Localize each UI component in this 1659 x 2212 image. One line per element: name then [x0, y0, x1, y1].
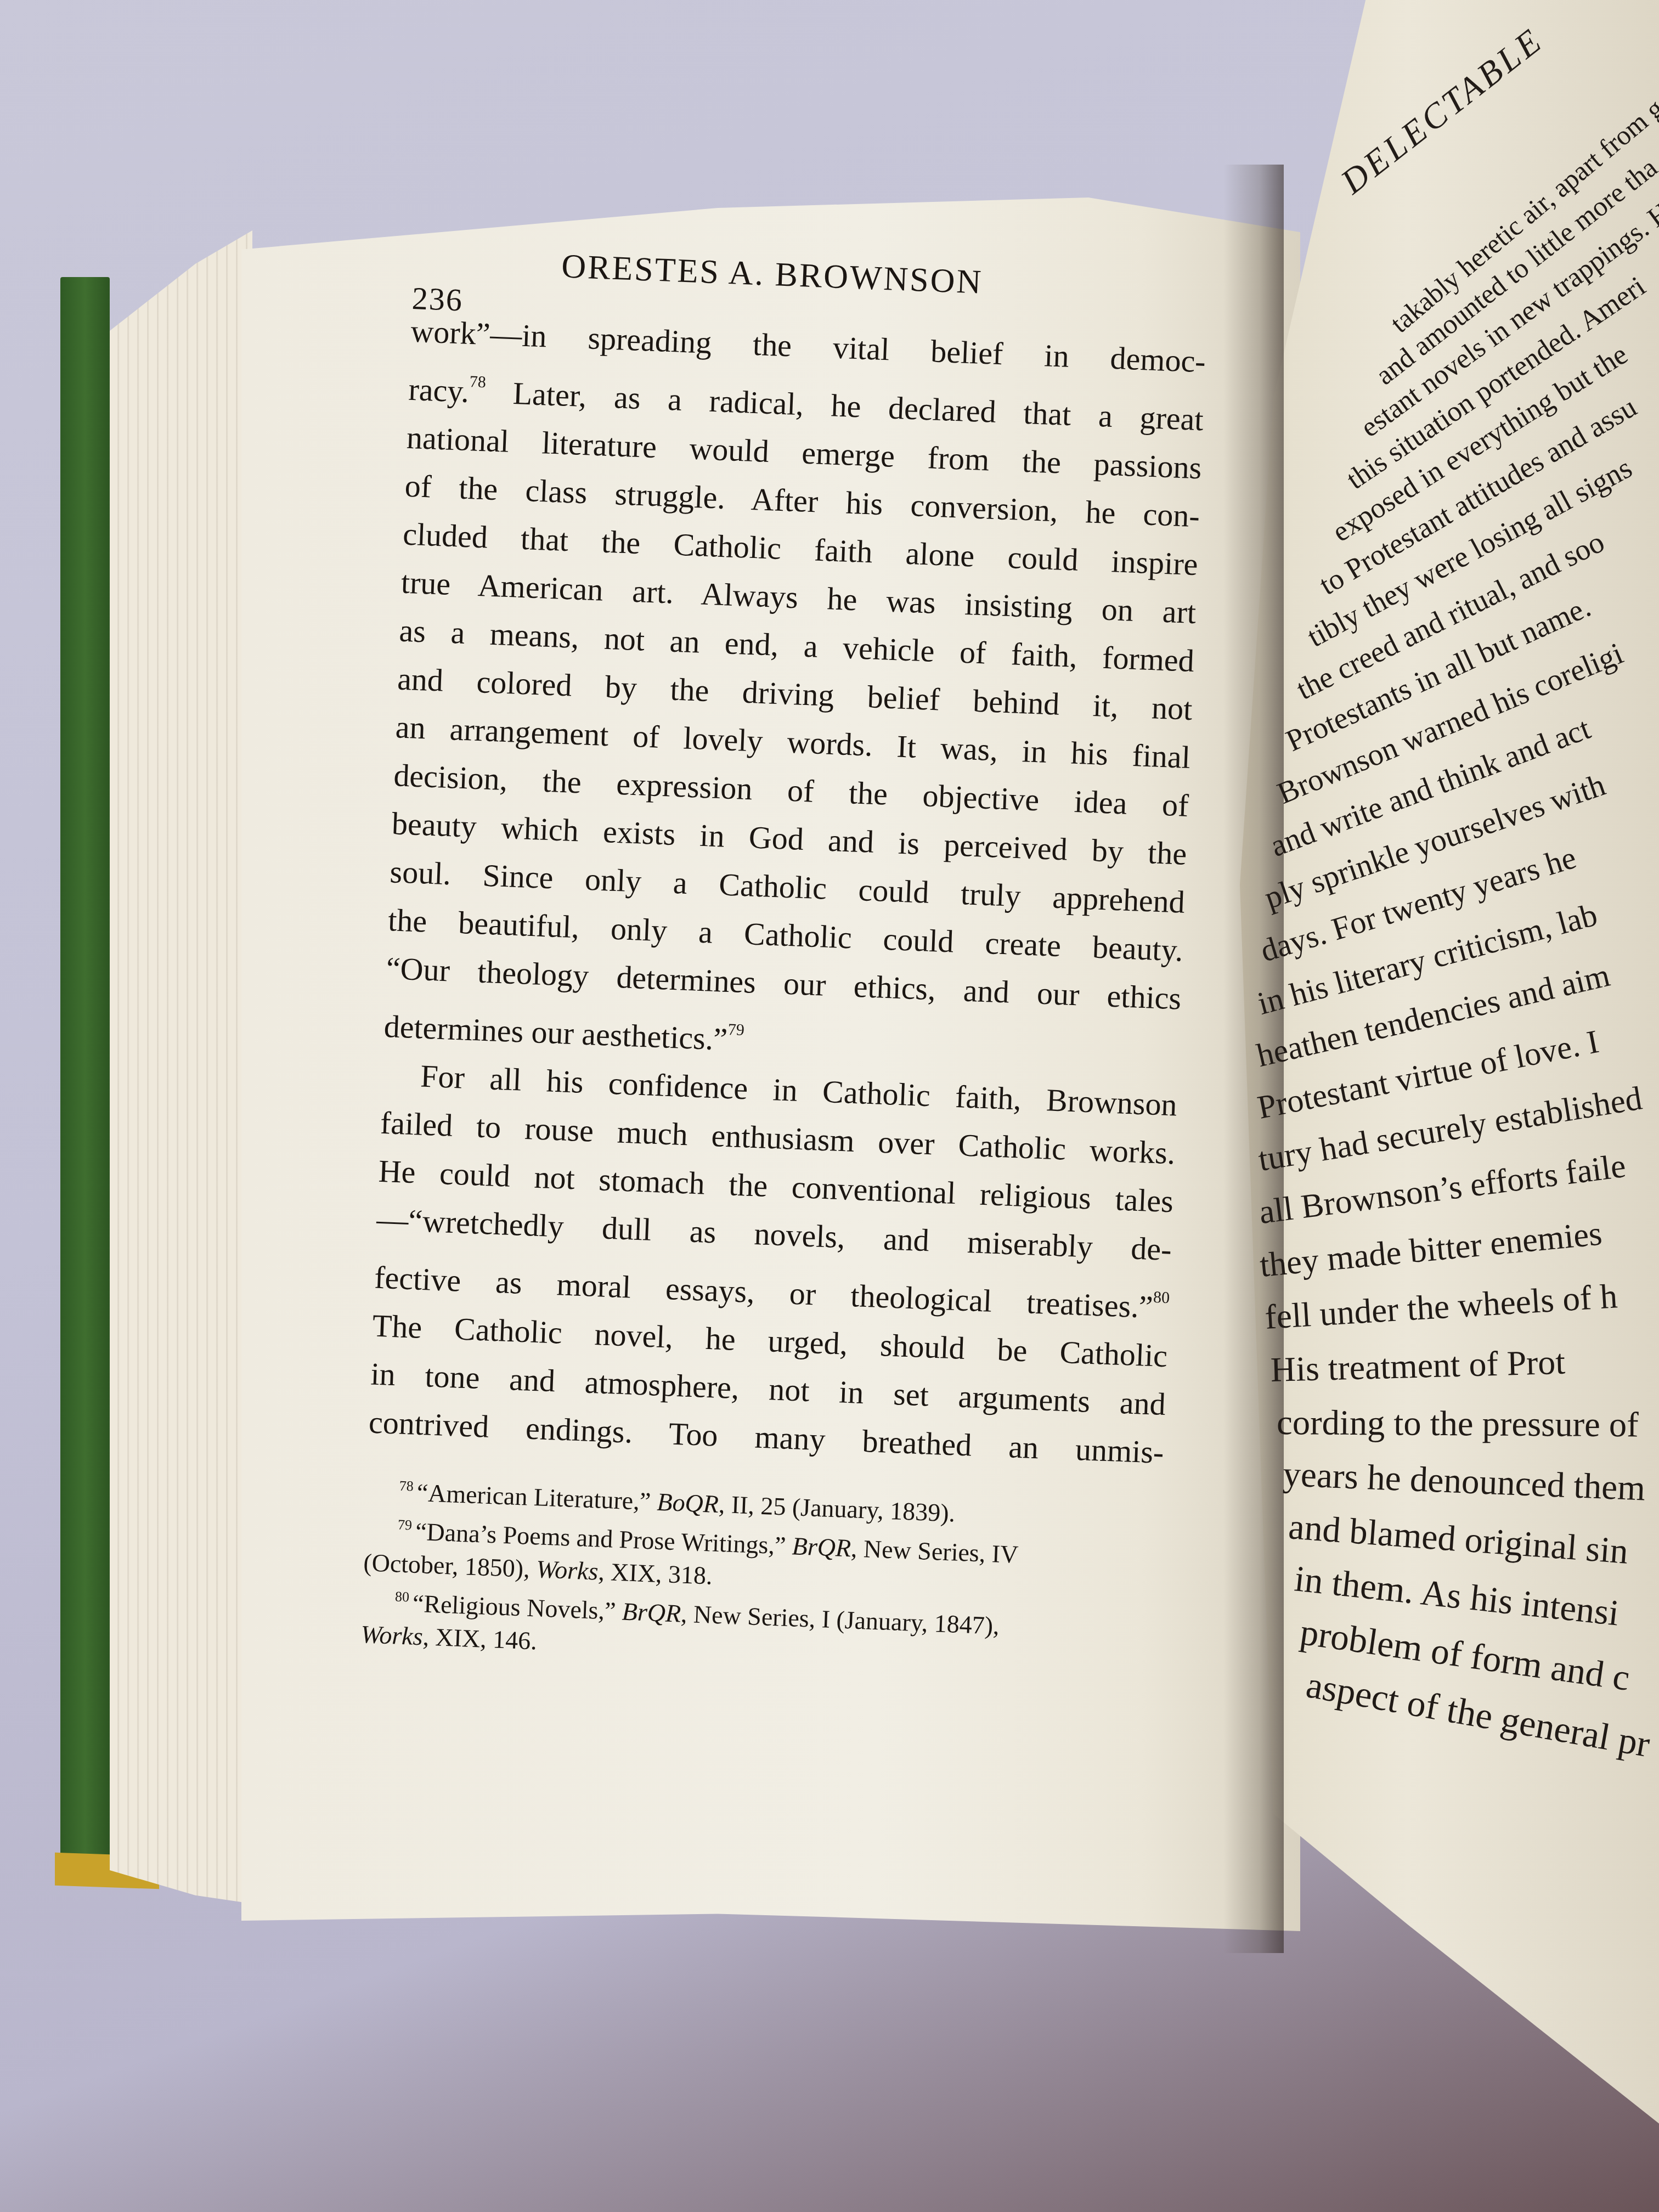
right-text-line: cording to the pressure of	[1277, 1402, 1639, 1445]
page-stack-edge	[110, 230, 252, 1904]
book-cover-spine	[60, 277, 110, 1868]
paragraph-1: work”—in spreading the vital belief in d…	[383, 307, 1206, 1081]
photo-scene: 236 ORESTES A. BROWNSON work”—in spreadi…	[0, 0, 1659, 2212]
page-number: 236	[411, 280, 464, 319]
left-page-text: 236 ORESTES A. BROWNSON work”—in spreadi…	[360, 241, 1209, 1681]
footnotes: 78 “American Literature,” BoQR, II, 25 (…	[360, 1468, 1162, 1681]
paragraph-2: For all his confidence in Catholic faith…	[368, 1051, 1178, 1477]
footnote-number: 79	[398, 1517, 416, 1533]
footnote-number: 78	[399, 1478, 417, 1494]
footnote-marker[interactable]: 79	[727, 1020, 744, 1039]
footnote-number: 80	[395, 1588, 414, 1605]
footnote-marker[interactable]: 78	[469, 373, 486, 391]
footnote-marker[interactable]: 80	[1153, 1288, 1170, 1307]
right-text-line: His treatment of Prot	[1270, 1342, 1566, 1390]
